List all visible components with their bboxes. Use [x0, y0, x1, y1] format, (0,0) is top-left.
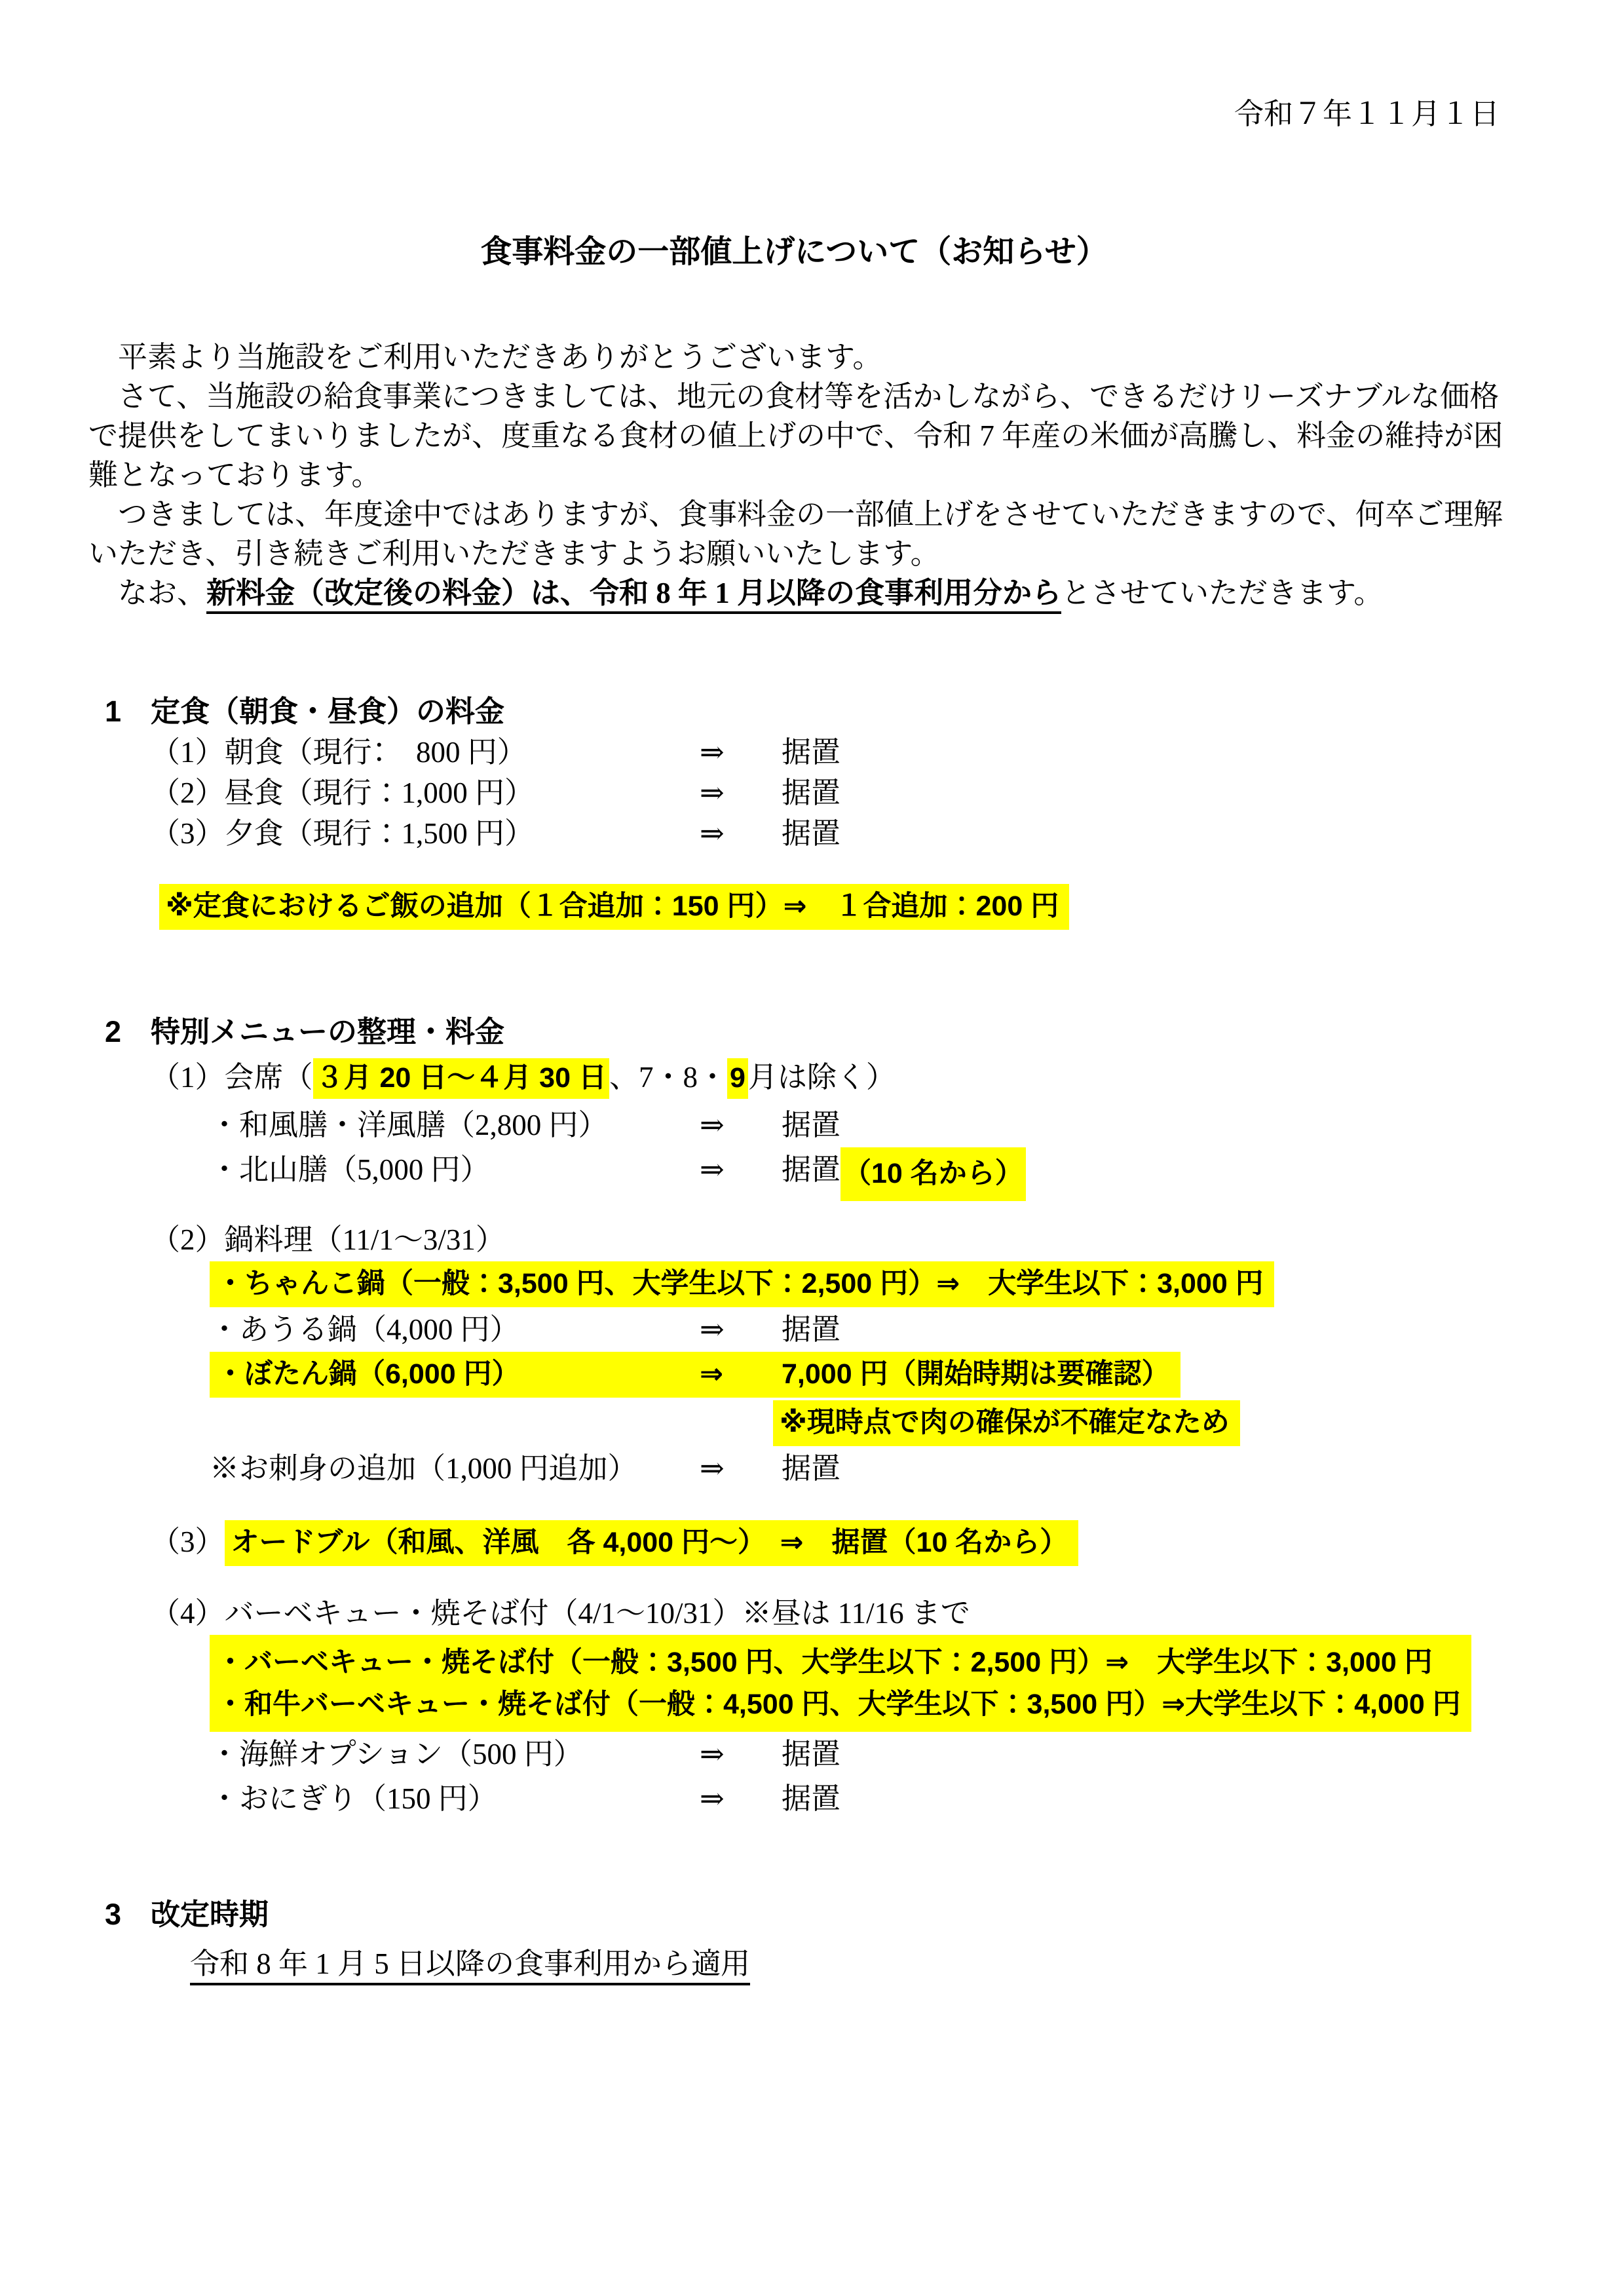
price-row-label: ※お刺身の追加（1,000 円追加）: [210, 1446, 700, 1491]
kaiseki-heading-line: （1）会席（３月 20 日～４月 30 日、7・8・9月は除く）: [151, 1052, 1500, 1103]
meat-supply-highlight: ※現時点で肉の確保が不確定なため: [773, 1400, 1240, 1446]
notice-document-page: 令和７年１１月１日 食事料金の一部値上げについて（お知らせ） 平素より当施設をご…: [0, 0, 1624, 2296]
price-row-dinner: （3）夕食（現行：1,500 円）⇒据置: [151, 813, 1500, 854]
price-row-label: （3）夕食（現行：1,500 円）: [151, 813, 700, 854]
meat-supply-note: ※現時点で肉の確保が不確定なため: [773, 1400, 1500, 1446]
intro-p3-line2: いただき、引き続きご利用いただきますようお願いいたします。: [88, 534, 1500, 573]
price-row-lunch: （2）昼食（現行：1,000 円）⇒据置: [151, 773, 1500, 813]
price-row-label: ・北山膳（5,000 円）: [210, 1147, 700, 1201]
chanko-nabe-row: ・ちゃんこ鍋（一般：3,500 円、大学生以下：2,500 円）⇒ 大学生以下：…: [210, 1261, 1500, 1307]
nabe-heading: （2）鍋料理（11/1～3/31）: [151, 1219, 1500, 1260]
arrow-icon: ⇒: [700, 732, 782, 773]
min-guests-highlight: （10 名から）: [840, 1147, 1026, 1201]
price-row-label: ・和風膳・洋風膳（2,800 円）: [210, 1103, 700, 1147]
price-row-result: 据置: [782, 1147, 840, 1201]
price-row-label: ・ぼたん鍋（6,000 円）: [216, 1357, 700, 1391]
arrow-icon: ⇒: [700, 1776, 782, 1821]
revision-date-line: 令和 8 年 1 月 5 日以降の食事利用から適用: [190, 1940, 1500, 1987]
price-row-result: 据置: [782, 1103, 840, 1147]
intro-p3-line1: つきましては、年度途中ではありますが、食事料金の一部値上げをさせていただきますの…: [88, 495, 1500, 534]
price-row-label: （2）昼食（現行：1,000 円）: [151, 773, 700, 813]
kaiseki-prefix: （1）会席（: [151, 1061, 313, 1094]
kaiseki-period-highlight: ３月 20 日～４月 30 日: [313, 1058, 609, 1099]
wagyu-bbq-row-highlight: ・和牛バーベキュー・焼そば付（一般：4,500 円、大学生以下：3,500 円）…: [216, 1683, 1461, 1725]
intro-p1: 平素より当施設をご利用いただきありがとうございます。: [88, 337, 1500, 377]
bbq-highlight-block: ・バーベキュー・焼そば付（一般：3,500 円、大学生以下：2,500 円）⇒ …: [210, 1635, 1471, 1732]
price-row-kitayamazen: ・北山膳（5,000 円）⇒据置（10 名から）: [210, 1147, 1500, 1201]
section-special-menu: 2 特別メニューの整理・料金 （1）会席（３月 20 日～４月 30 日、7・8…: [88, 1012, 1500, 1821]
price-row-label: ・おにぎり（150 円）: [210, 1776, 700, 1821]
price-row-result: 7,000 円（開始時期は要確認）: [782, 1357, 1170, 1391]
arrow-icon: ⇒: [700, 1147, 782, 1201]
section3-heading: 3 改定時期: [105, 1894, 1500, 1935]
arrow-icon: ⇒: [700, 1732, 782, 1776]
intro-p2-line1: さて、当施設の給食事業につきましては、地元の食材等を活かしながら、できるだけリー…: [88, 377, 1500, 416]
price-row-label: ・あうる鍋（4,000 円）: [210, 1307, 700, 1352]
page-title: 食事料金の一部値上げについて（お知らせ）: [88, 229, 1500, 275]
bbq-row-highlight: ・バーベキュー・焼そば付（一般：3,500 円、大学生以下：2,500 円）⇒ …: [216, 1641, 1461, 1683]
revision-date-underlined: 令和 8 年 1 月 5 日以降の食事利用から適用: [190, 1947, 750, 1985]
price-row-onigiri: ・おにぎり（150 円）⇒据置: [210, 1776, 1500, 1821]
price-row-seafood-option: ・海鮮オプション（500 円）⇒据置: [210, 1732, 1500, 1776]
arrow-icon: ⇒: [700, 1307, 782, 1352]
price-row-result: 据置: [782, 1446, 840, 1491]
bbq-heading: （4）バーベキュー・焼そば付（4/1～10/31）※昼は 11/16 まで: [151, 1593, 1500, 1634]
oeuvre-highlight: オードブル（和風、洋風 各 4,000 円～） ⇒ 据置（10 名から）: [225, 1520, 1079, 1566]
price-row-result: 据置: [782, 1776, 840, 1821]
price-row-sashimi: ※お刺身の追加（1,000 円追加）⇒据置: [210, 1446, 1500, 1491]
intro-p2-line2: で提供をしてまいりましたが、度重なる食材の値上げの中で、令和 7 年産の米価が高…: [88, 416, 1500, 455]
price-row-label: ・海鮮オプション（500 円）: [210, 1732, 700, 1776]
price-row-label: （1）朝食（現行： 800 円）: [151, 732, 700, 773]
intro-paragraphs: 平素より当施設をご利用いただきありがとうございます。 さて、当施設の給食事業につ…: [88, 337, 1500, 613]
arrow-icon: ⇒: [700, 813, 782, 854]
section1-heading: 1 定食（朝食・昼食）の料金: [105, 691, 1500, 732]
price-row-auru-nabe: ・あうる鍋（4,000 円）⇒据置: [210, 1307, 1500, 1352]
intro-p4: なお、新料金（改定後の料金）は、令和 8 年 1 月以降の食事利用分からとさせて…: [88, 573, 1500, 613]
arrow-icon: ⇒: [700, 1357, 782, 1391]
arrow-icon: ⇒: [700, 1446, 782, 1491]
arrow-icon: ⇒: [700, 773, 782, 813]
price-row-result: 据置: [782, 732, 840, 773]
intro-p4-prefix: なお、: [118, 577, 206, 609]
oeuvre-prefix: （3）: [151, 1525, 225, 1558]
kaiseki-mid: 、7・8・: [609, 1061, 727, 1094]
document-date: 令和７年１１月１日: [88, 97, 1500, 131]
kaiseki-suffix: 月は除く）: [748, 1061, 896, 1094]
price-row-result: 据置: [782, 1732, 840, 1776]
new-price-effective-emphasis: 新料金（改定後の料金）は、令和 8 年 1 月以降の食事利用分から: [206, 577, 1061, 614]
rice-addition-highlight: ※定食におけるご飯の追加（１合追加：150 円）⇒ １合追加：200 円: [159, 884, 1069, 930]
section-revision-date: 3 改定時期 令和 8 年 1 月 5 日以降の食事利用から適用: [88, 1894, 1500, 1987]
botan-nabe-row-highlight: ・ぼたん鍋（6,000 円）⇒7,000 円（開始時期は要確認）: [210, 1352, 1180, 1398]
section-teishoku-prices: 1 定食（朝食・昼食）の料金 （1）朝食（現行： 800 円）⇒据置 （2）昼食…: [88, 691, 1500, 930]
intro-p2-line3: 難となっております。: [88, 455, 1500, 495]
rice-addition-note: ※定食におけるご飯の追加（１合追加：150 円）⇒ １合追加：200 円: [159, 884, 1500, 930]
hors-doeuvre-line: （3）オードブル（和風、洋風 各 4,000 円～） ⇒ 据置（10 名から）: [151, 1517, 1500, 1567]
price-row-wafuzen: ・和風膳・洋風膳（2,800 円）⇒据置: [210, 1103, 1500, 1147]
intro-p4-suffix: とさせていただきます。: [1061, 577, 1383, 609]
section2-heading: 2 特別メニューの整理・料金: [105, 1012, 1500, 1052]
kaiseki-month-highlight: 9: [727, 1058, 748, 1099]
price-row-result: 据置: [782, 1307, 840, 1352]
price-row-result: 据置: [782, 773, 840, 813]
price-row-result: 据置: [782, 813, 840, 854]
chanko-highlight: ・ちゃんこ鍋（一般：3,500 円、大学生以下：2,500 円）⇒ 大学生以下：…: [210, 1261, 1274, 1307]
arrow-icon: ⇒: [700, 1103, 782, 1147]
price-row-breakfast: （1）朝食（現行： 800 円）⇒据置: [151, 732, 1500, 773]
